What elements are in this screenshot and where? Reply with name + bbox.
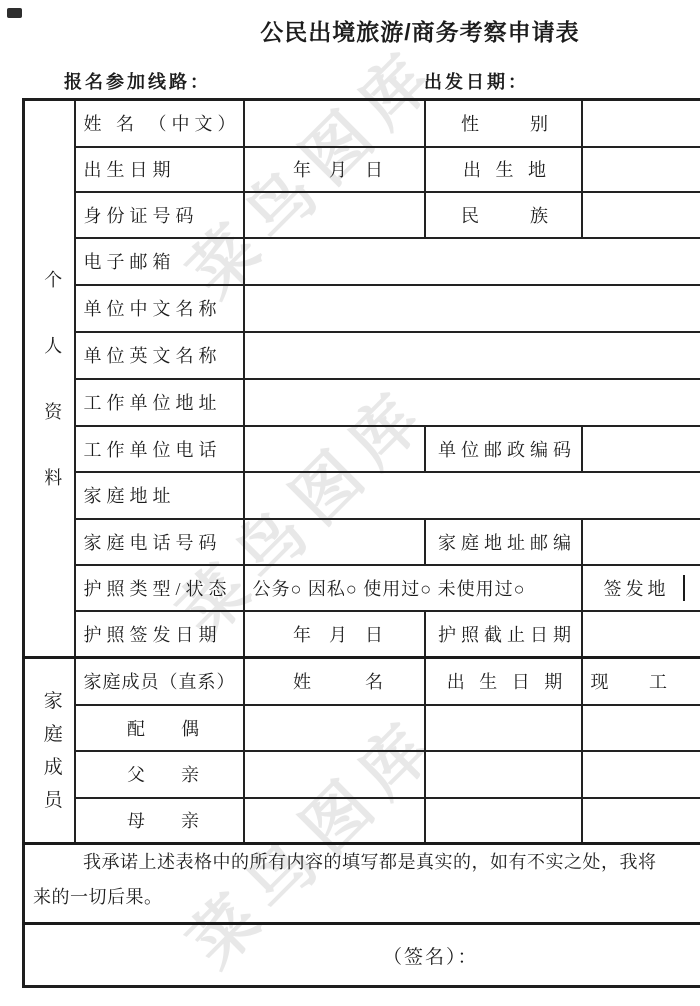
declaration-line1: 我承诺上述表格中的所有内容的填写都是真实的，如有不实之处，我将 (33, 845, 700, 880)
passport-expiry-label: 护照截止日期 (425, 611, 582, 658)
spouse-work-input-cell[interactable] (582, 705, 700, 751)
application-form-table: 个人资料 姓 名 （中文） 性 别 出生日期 年 月 日 出 生 地 身份证号码… (22, 98, 700, 988)
personal-section-label: 个人资料 (24, 100, 75, 658)
work-tel-label: 工作单位电话 (75, 426, 244, 472)
email-input-cell[interactable] (244, 238, 700, 285)
home-tel-label: 家庭电话号码 (75, 519, 244, 565)
company-cn-input-cell[interactable] (244, 285, 700, 332)
mother-work-input-cell[interactable] (582, 798, 700, 844)
spouse-birthdate-input-cell[interactable] (425, 705, 582, 751)
passport-expiry-input-cell[interactable] (582, 611, 700, 658)
work-address-label: 工作单位地址 (75, 379, 244, 426)
birth-place-label: 出 生 地 (425, 147, 582, 192)
declaration-cell: 我承诺上述表格中的所有内容的填写都是真实的，如有不实之处，我将 来的一切后果。 (24, 844, 700, 924)
id-number-input-cell[interactable] (244, 192, 425, 238)
home-tel-input-cell[interactable] (244, 519, 425, 565)
work-zip-input-cell[interactable] (582, 426, 700, 472)
gender-input-cell[interactable] (582, 100, 700, 147)
ethnicity-label: 民 族 (425, 192, 582, 238)
birth-date-label: 出生日期 (75, 147, 244, 192)
passport-issue-ymd-text[interactable]: 年 月 日 (244, 611, 425, 658)
signature-label: （签名）： (383, 947, 479, 968)
family-members-header-label: 家庭成员（直系） (75, 658, 244, 705)
family-section-label: 家庭成员 (24, 658, 75, 844)
gender-label: 性 别 (425, 100, 582, 147)
family-name-column-header: 姓 名 (244, 658, 425, 705)
father-work-input-cell[interactable] (582, 751, 700, 798)
issue-place-label: 签发地 (591, 575, 685, 601)
spouse-name-input-cell[interactable] (244, 705, 425, 751)
family-birthdate-column-header: 出 生 日 期 (425, 658, 582, 705)
route-label: 报名参加线路： (64, 68, 211, 94)
family-work-column-header: 现 工 作 (582, 658, 700, 705)
work-address-input-cell[interactable] (244, 379, 700, 426)
ethnicity-input-cell[interactable] (582, 192, 700, 238)
form-paper: 菜鸟图库 菜鸟图库 菜鸟图库 公民出境旅游/商务考察申请表 报名参加线路： 出发… (0, 0, 700, 1006)
member-label-father: 父 亲 (75, 751, 244, 798)
name-cn-input-cell[interactable] (244, 100, 425, 147)
passport-issue-date-label: 护照签发日期 (75, 611, 244, 658)
issue-place-cell[interactable]: 签发地 (582, 565, 700, 611)
name-cn-label: 姓 名 （中文） (75, 100, 244, 147)
home-address-input-cell[interactable] (244, 472, 700, 519)
form-title: 公民出境旅游/商务考察申请表 (0, 14, 700, 47)
member-label-mother: 母 亲 (75, 798, 244, 844)
mother-name-input-cell[interactable] (244, 798, 425, 844)
father-birthdate-input-cell[interactable] (425, 751, 582, 798)
birth-date-ymd-text[interactable]: 年 月 日 (244, 147, 425, 192)
father-name-input-cell[interactable] (244, 751, 425, 798)
home-address-label: 家庭地址 (75, 472, 244, 519)
home-zip-input-cell[interactable] (582, 519, 700, 565)
company-en-input-cell[interactable] (244, 332, 700, 379)
passport-type-label: 护照类型/状态 (75, 565, 244, 611)
company-cn-label: 单位中文名称 (75, 285, 244, 332)
departure-date-label: 出发日期： (424, 68, 529, 94)
scanned-form-page: 菜鸟图库 菜鸟图库 菜鸟图库 公民出境旅游/商务考察申请表 报名参加线路： 出发… (0, 0, 700, 1006)
email-label: 电子邮箱 (75, 238, 244, 285)
signature-cell[interactable]: （签名）： (24, 924, 700, 987)
mother-birthdate-input-cell[interactable] (425, 798, 582, 844)
work-zip-label: 单位邮政编码 (425, 426, 582, 472)
birth-place-input-cell[interactable] (582, 147, 700, 192)
work-tel-input-cell[interactable] (244, 426, 425, 472)
passport-options[interactable]: 公务○ 因私○ 使用过○ 未使用过○ (244, 565, 582, 611)
home-zip-label: 家庭地址邮编 (425, 519, 582, 565)
declaration-line2: 来的一切后果。 (33, 880, 700, 915)
issue-place-input-cell[interactable] (685, 575, 700, 601)
id-number-label: 身份证号码 (75, 192, 244, 238)
member-label-spouse: 配 偶 (75, 705, 244, 751)
company-en-label: 单位英文名称 (75, 332, 244, 379)
